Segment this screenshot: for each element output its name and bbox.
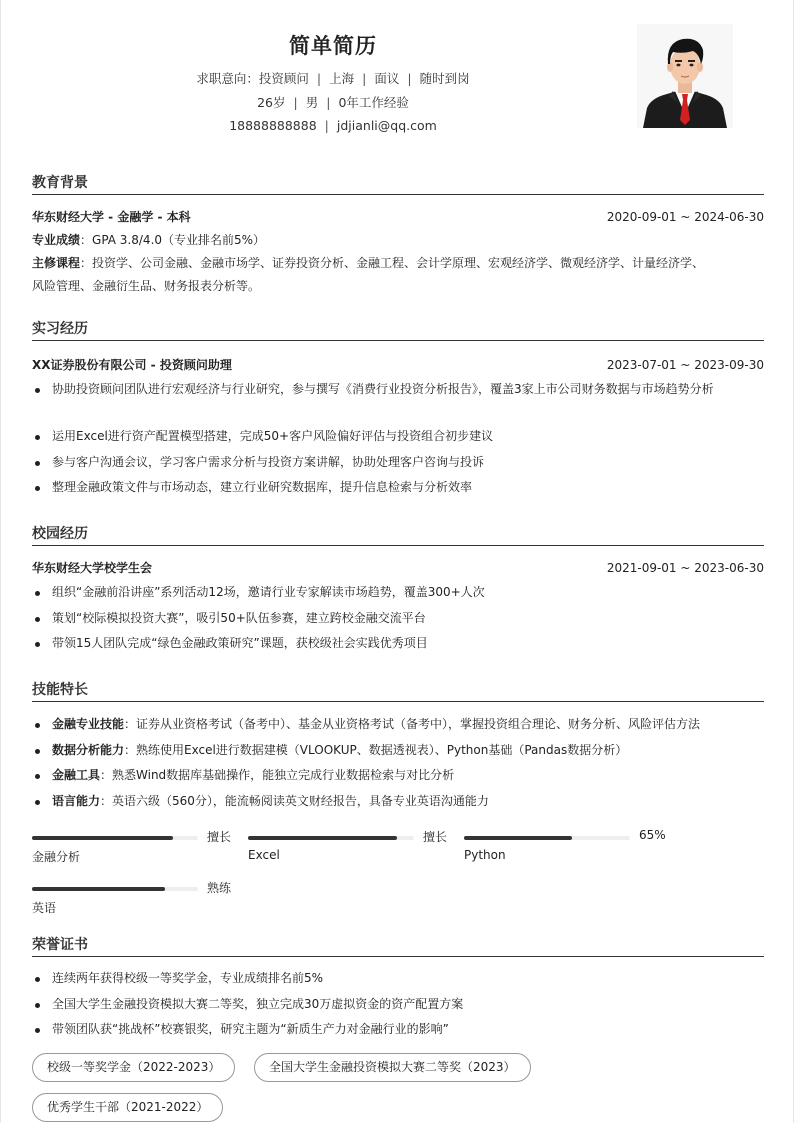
gpa-line: 专业成绩：GPA 3.8/4.0（专业排名前5%） — [32, 229, 764, 252]
skill-level: 熟练 — [207, 879, 231, 896]
honor-tag: 全国大学生金融投资模拟大赛二等奖（2023） — [254, 1053, 531, 1082]
internship-dates: 2023-07-01 ~ 2023-09-30 — [607, 353, 764, 377]
email: jdjianli@qq.com — [337, 118, 437, 133]
list-item: 语言能力：英语六级（560分），能流畅阅读英文财经报告，具备专业英语沟通能力 — [32, 789, 764, 815]
skill-bar-python: 65% Python — [464, 830, 664, 870]
gpa-value: ：GPA 3.8/4.0（专业排名前5%） — [80, 233, 265, 247]
list-item: 金融专业技能：证券从业资格考试（备考中）、基金从业资格考试（备考中），掌握投资组… — [32, 712, 764, 738]
skill-name: Python — [464, 848, 506, 862]
skill-bar-finance: 擅长 金融分析 — [32, 830, 232, 870]
campus-bullets: 组织“金融前沿讲座”系列活动12场，邀请行业专家解读市场趋势，覆盖300+人次 … — [32, 580, 764, 657]
skill-label: 金融工具 — [52, 768, 100, 782]
list-item: 全国大学生金融投资模拟大赛二等奖，独立完成30万虚拟资金的资产配置方案 — [32, 992, 764, 1018]
list-item: 组织“金融前沿讲座”系列活动12场，邀请行业专家解读市场趋势，覆盖300+人次 — [32, 580, 764, 606]
internship-bullets: 协助投资顾问团队进行宏观经济与行业研究，参与撰写《消费行业投资分析报告》，覆盖3… — [32, 377, 764, 501]
skill-bar-excel: 擅长 Excel — [248, 830, 448, 870]
courses-value: ：投资学、公司金融、金融市场学、证券投资分析、金融工程、会计学原理、宏观经济学、… — [80, 256, 704, 270]
section-honors: 荣誉证书 连续两年获得校级一等奖学金，专业成绩排名前5% 全国大学生金融投资模拟… — [32, 935, 764, 1043]
section-title-skills: 技能特长 — [32, 680, 764, 702]
progress-track — [464, 836, 630, 840]
list-item: 运用Excel进行资产配置模型搭建，完成50+客户风险偏好评估与投资组合初步建议 — [32, 424, 764, 450]
skills-bullets: 金融专业技能：证券从业资格考试（备考中）、基金从业资格考试（备考中），掌握投资组… — [32, 712, 764, 814]
age: 26岁 — [257, 95, 285, 110]
company-role: XX证券股份有限公司 - 投资顾问助理 — [32, 358, 232, 372]
resume-header: 简单简历 求职意向：投资顾问|上海|面议|随时到岗 26岁|男|0年工作经验 1… — [1, 0, 794, 150]
skill-level: 擅长 — [423, 828, 447, 845]
skill-name: 金融分析 — [32, 848, 80, 865]
job-city: 上海 — [329, 71, 354, 86]
skill-label: 数据分析能力 — [52, 743, 124, 757]
list-item: 带领团队获“挑战杯”校赛银奖，研究主题为“新质生产力对金融行业的影响” — [32, 1017, 764, 1043]
person-avatar-icon — [637, 24, 733, 128]
section-internship: 实习经历 XX证券股份有限公司 - 投资顾问助理 2023-07-01 ~ 20… — [32, 319, 764, 501]
progress-fill — [32, 836, 173, 840]
skill-text: ：熟悉Wind数据库基础操作，能独立完成行业数据检索与对比分析 — [100, 768, 454, 782]
courses-line: 主修课程：投资学、公司金融、金融市场学、证券投资分析、金融工程、会计学原理、宏观… — [32, 252, 764, 275]
courses-label: 主修课程 — [32, 256, 80, 270]
job-intent-line: 求职意向：投资顾问|上海|面议|随时到岗 — [1, 70, 665, 88]
skill-label: 语言能力 — [52, 794, 100, 808]
section-education: 教育背景 华东财经大学 - 金融学 - 本科 2020-09-01 ~ 2024… — [32, 173, 764, 298]
progress-fill — [464, 836, 572, 840]
progress-track — [32, 887, 198, 891]
honors-bullets: 连续两年获得校级一等奖学金，专业成绩排名前5% 全国大学生金融投资模拟大赛二等奖… — [32, 966, 764, 1043]
campus-entry-header: 华东财经大学校学生会 2021-09-01 ~ 2023-06-30 — [32, 556, 764, 580]
section-title-campus: 校园经历 — [32, 524, 764, 546]
list-item: 策划“校际模拟投资大赛”，吸引50+队伍参赛，建立跨校金融交流平台 — [32, 606, 764, 632]
job-salary: 面议 — [374, 71, 399, 86]
education-entry-header: 华东财经大学 - 金融学 - 本科 2020-09-01 ~ 2024-06-3… — [32, 205, 764, 229]
progress-track — [248, 836, 414, 840]
school-degree: 华东财经大学 - 金融学 - 本科 — [32, 210, 191, 224]
job-target: 求职意向：投资顾问 — [196, 71, 309, 86]
contact-line: 18888888888|jdjianli@qq.com — [1, 117, 665, 135]
education-dates: 2020-09-01 ~ 2024-06-30 — [607, 205, 764, 229]
personal-info-line: 26岁|男|0年工作经验 — [1, 94, 665, 112]
skill-level: 擅长 — [207, 828, 231, 845]
internship-entry-header: XX证券股份有限公司 - 投资顾问助理 2023-07-01 ~ 2023-09… — [32, 353, 764, 377]
job-availability: 随时到岗 — [420, 71, 470, 86]
campus-dates: 2021-09-01 ~ 2023-06-30 — [607, 556, 764, 580]
list-item: 带领15人团队完成“绿色金融政策研究”课题，获校级社会实践优秀项目 — [32, 631, 764, 657]
skill-label: 金融专业技能 — [52, 717, 124, 731]
section-skills: 技能特长 金融专业技能：证券从业资格考试（备考中）、基金从业资格考试（备考中），… — [32, 680, 764, 814]
courses-line-2: 风险管理、金融衍生品、财务报表分析等。 — [32, 275, 764, 298]
skill-name: Excel — [248, 848, 280, 862]
skill-text: ：证券从业资格考试（备考中）、基金从业资格考试（备考中），掌握投资组合理论、财务… — [124, 717, 700, 731]
progress-track — [32, 836, 198, 840]
section-campus: 校园经历 华东财经大学校学生会 2021-09-01 ~ 2023-06-30 … — [32, 524, 764, 657]
experience-years: 0年工作经验 — [338, 95, 408, 110]
list-item: 参与客户沟通会议，学习客户需求分析与投资方案讲解，协助处理客户咨询与投诉 — [32, 450, 764, 476]
resume-title: 简单简历 — [1, 30, 665, 60]
section-title-honors: 荣誉证书 — [32, 935, 764, 957]
list-item: 数据分析能力：熟练使用Excel进行数据建模（VLOOKUP、数据透视表）、Py… — [32, 738, 764, 764]
skill-level: 65% — [639, 828, 666, 842]
progress-fill — [248, 836, 397, 840]
skill-text: ：英语六级（560分），能流畅阅读英文财经报告，具备专业英语沟通能力 — [100, 794, 489, 808]
honor-tag: 校级一等奖学金（2022-2023） — [32, 1053, 235, 1082]
list-item: 整理金融政策文件与市场动态，建立行业研究数据库，提升信息检索与分析效率 — [32, 475, 764, 501]
section-title-internship: 实习经历 — [32, 319, 764, 341]
list-item: 连续两年获得校级一等奖学金，专业成绩排名前5% — [32, 966, 764, 992]
phone: 18888888888 — [229, 118, 316, 133]
progress-fill — [32, 887, 165, 891]
section-title-education: 教育背景 — [32, 173, 764, 195]
skill-bar-english: 熟练 英语 — [32, 881, 232, 921]
avatar — [637, 24, 733, 128]
skill-text: ：熟练使用Excel进行数据建模（VLOOKUP、数据透视表）、Python基础… — [124, 743, 627, 757]
gpa-label: 专业成绩 — [32, 233, 80, 247]
honor-tag: 优秀学生干部（2021-2022） — [32, 1093, 223, 1122]
list-item: 金融工具：熟悉Wind数据库基础操作，能独立完成行业数据检索与对比分析 — [32, 763, 764, 789]
skill-name: 英语 — [32, 899, 56, 916]
list-item: 协助投资顾问团队进行宏观经济与行业研究，参与撰写《消费行业投资分析报告》，覆盖3… — [32, 377, 764, 424]
organization: 华东财经大学校学生会 — [32, 561, 152, 575]
gender: 男 — [306, 95, 319, 110]
